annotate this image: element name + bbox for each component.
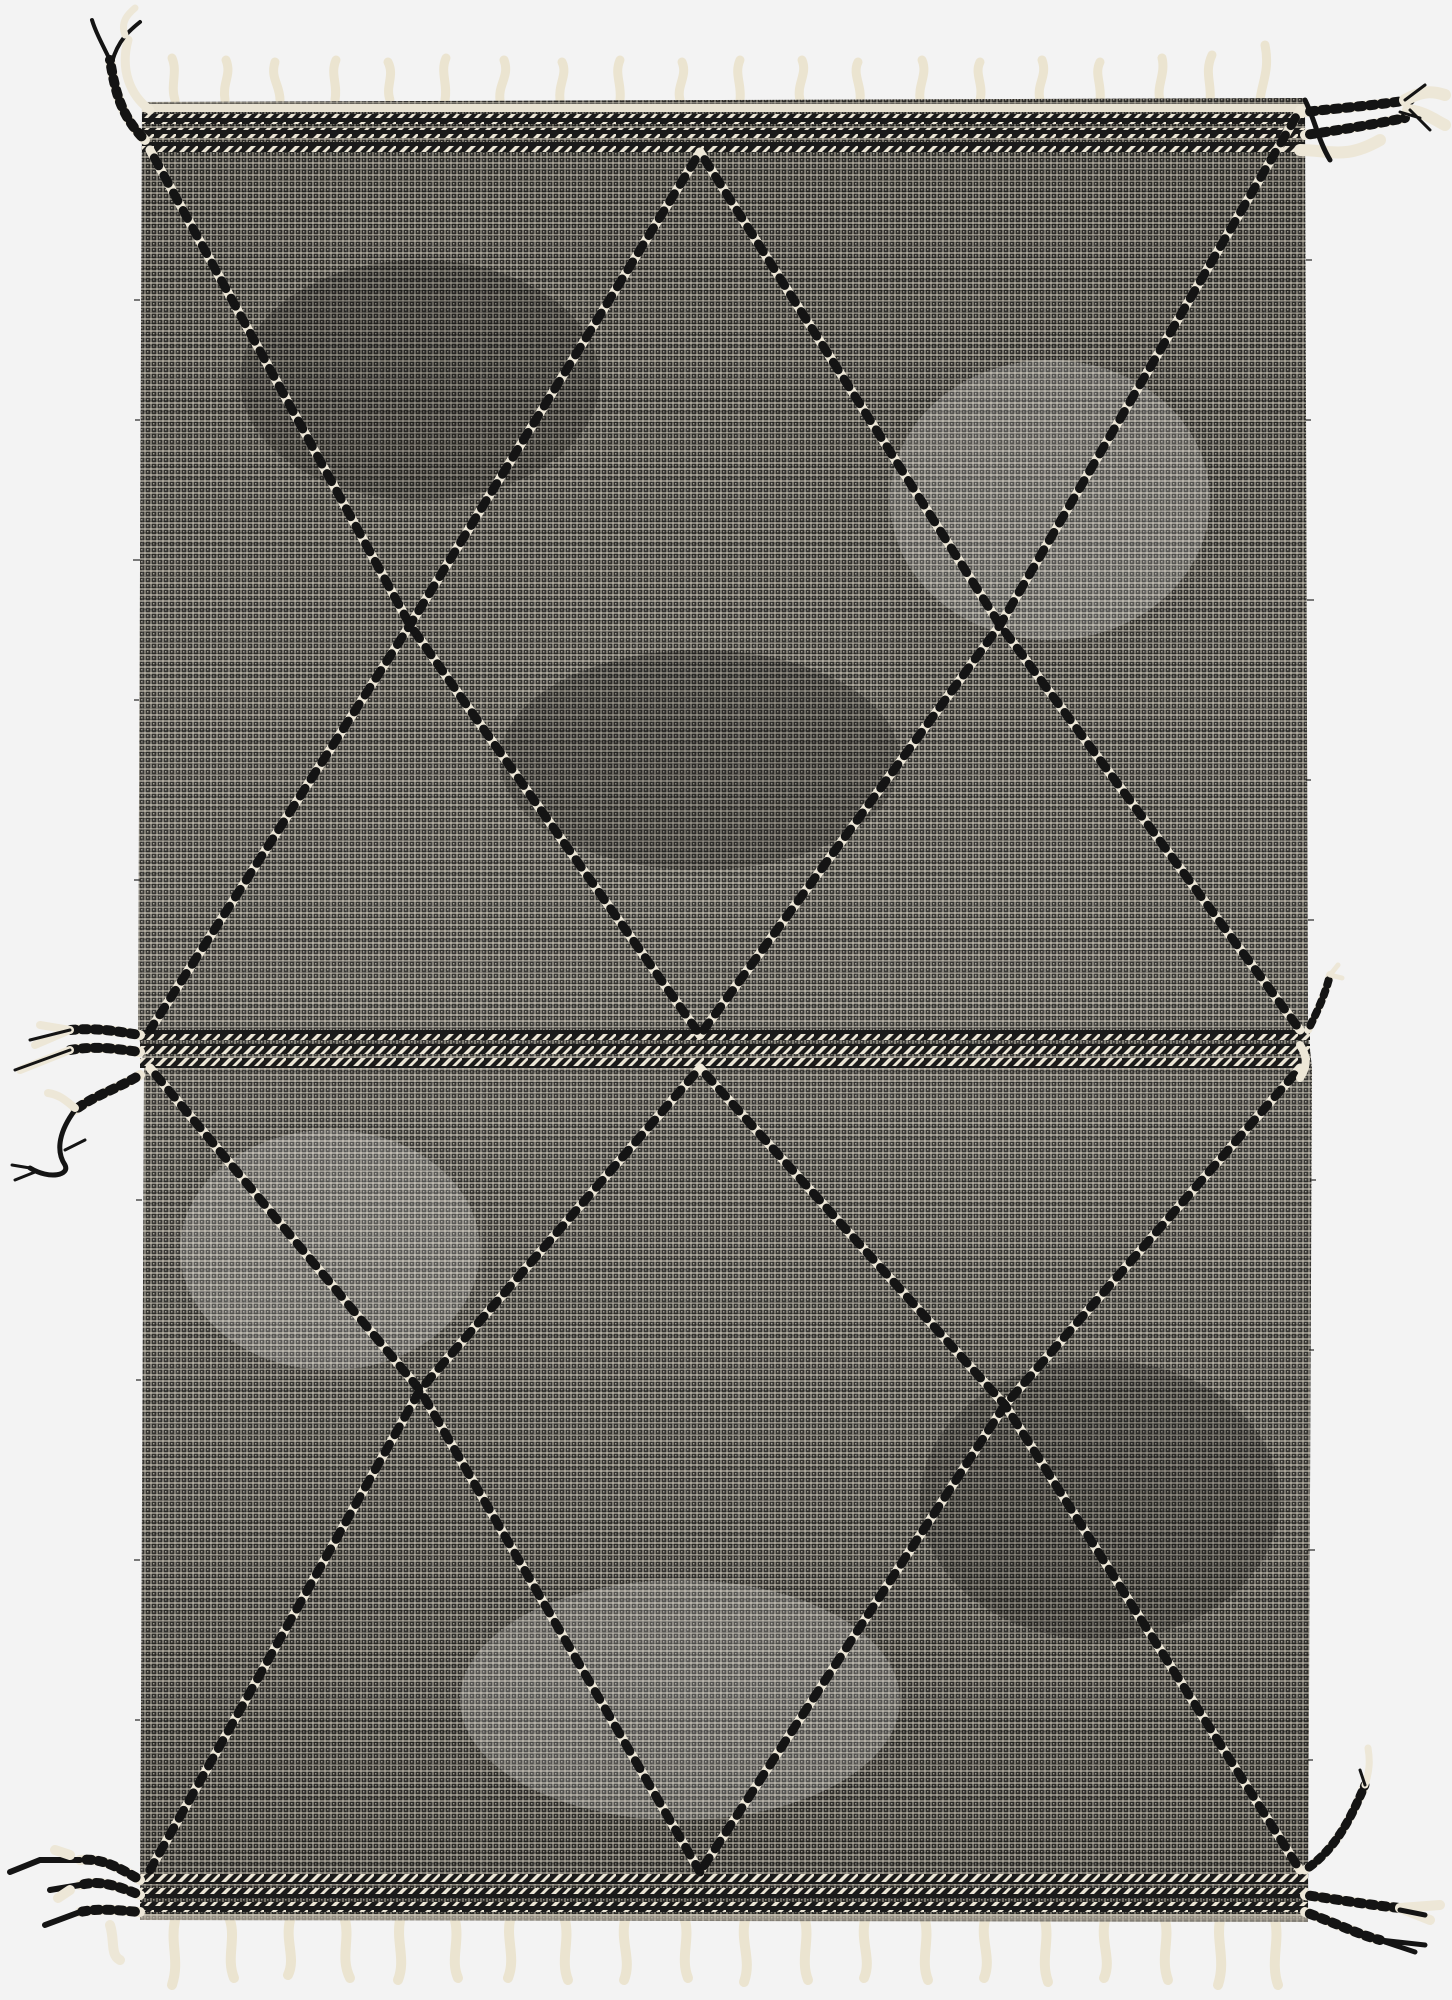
bottom-right-tassel	[1305, 1748, 1440, 1952]
rug-photo	[0, 0, 1452, 2000]
top-fringe	[172, 45, 1267, 100]
bottom-left-tassel	[10, 1850, 140, 1960]
mid-left-tassel	[12, 1025, 140, 1180]
top-right-tassel	[1300, 85, 1445, 160]
rug-body	[138, 98, 1312, 1922]
bottom-fringe	[172, 1920, 1278, 1985]
middle-band	[140, 1030, 1310, 1068]
top-left-tassel	[92, 8, 150, 140]
top-band	[142, 104, 1305, 152]
